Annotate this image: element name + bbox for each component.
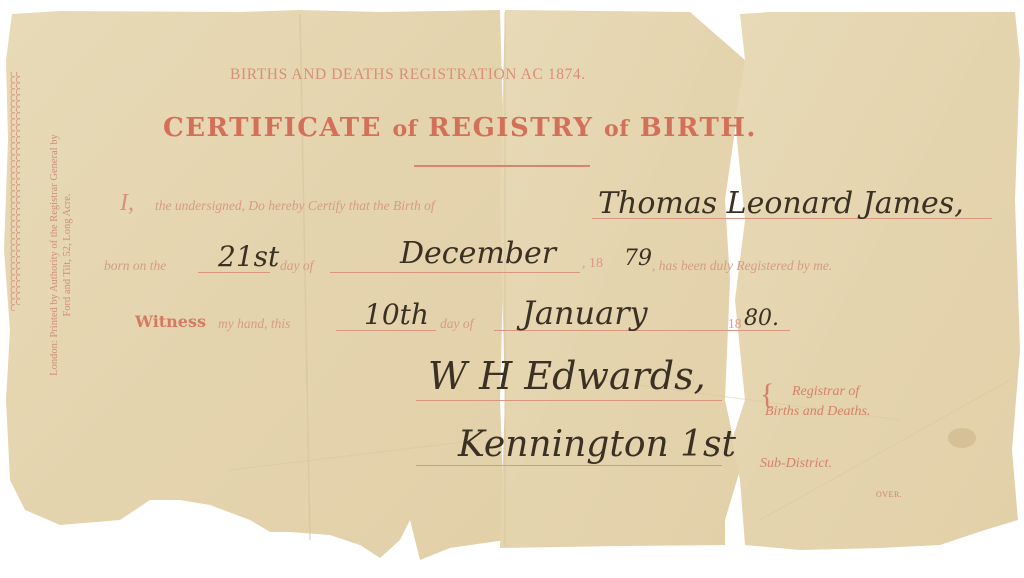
over-mark: OVER. <box>876 490 902 499</box>
birth-year-prefix: , 18 <box>582 256 603 272</box>
birth-year: 79 <box>624 246 652 271</box>
title-word-of: of <box>392 116 417 142</box>
paper-background <box>0 0 1024 578</box>
witness-year: 80. <box>744 306 779 331</box>
registrar-signature: W H Edwards, <box>428 354 706 398</box>
day-of-label: day of <box>280 258 313 274</box>
born-on-label: born on the <box>104 258 166 274</box>
birth-day: 21st <box>218 240 279 273</box>
title-rule <box>414 165 590 167</box>
certificate-title: CERTIFICATE of REGISTRY of BIRTH. <box>163 113 757 143</box>
birth-month: December <box>400 236 556 271</box>
witness-year-prefix: 18 <box>728 316 742 332</box>
district-line <box>416 465 722 466</box>
sub-district-label: Sub-District. <box>760 456 832 472</box>
registrar-role-line1: Registrar of <box>792 384 859 400</box>
side-printer-imprint: London: Printed by Authority of the Regi… <box>48 80 74 430</box>
my-hand-label: my hand, this <box>218 316 290 332</box>
witness-label: Witness <box>135 312 206 331</box>
witness-day: 10th <box>364 298 429 331</box>
title-word-certificate: CERTIFICATE <box>163 113 382 143</box>
birth-month-line <box>330 272 580 273</box>
district-name: Kennington 1st <box>458 424 736 465</box>
certificate-paper: CCCCCCCCCCCCCCCCCCCCCCCCCCCCCCCCCCCCCCCC… <box>0 0 1024 578</box>
signature-line <box>416 400 722 401</box>
registered-label: , has been duly Registered by me. <box>652 258 832 274</box>
side-imprint-line2: Ford and Tilt, 52, Long Acre. <box>61 80 74 430</box>
perforated-border-ornament: CCCCCCCCCCCCCCCCCCCCCCCCCCCCCCCCCCCCCCCC… <box>10 72 24 492</box>
drop-cap-I: I, <box>120 190 134 217</box>
title-word-birth: BIRTH. <box>640 113 757 143</box>
title-word-of: of <box>604 116 629 142</box>
side-imprint-line1: London: Printed by Authority of the Regi… <box>48 80 61 430</box>
witness-day-of-label: day of <box>440 316 473 332</box>
certify-label: the undersigned, Do hereby Certify that … <box>155 198 435 214</box>
registrar-role-line2: Births and Deaths. <box>765 404 870 420</box>
title-word-registry: REGISTRY <box>428 113 593 143</box>
child-name: Thomas Leonard James, <box>598 186 964 221</box>
act-heading: BIRTHS AND DEATHS REGISTRATION AC 1874. <box>230 66 586 84</box>
witness-month: January <box>522 294 648 332</box>
